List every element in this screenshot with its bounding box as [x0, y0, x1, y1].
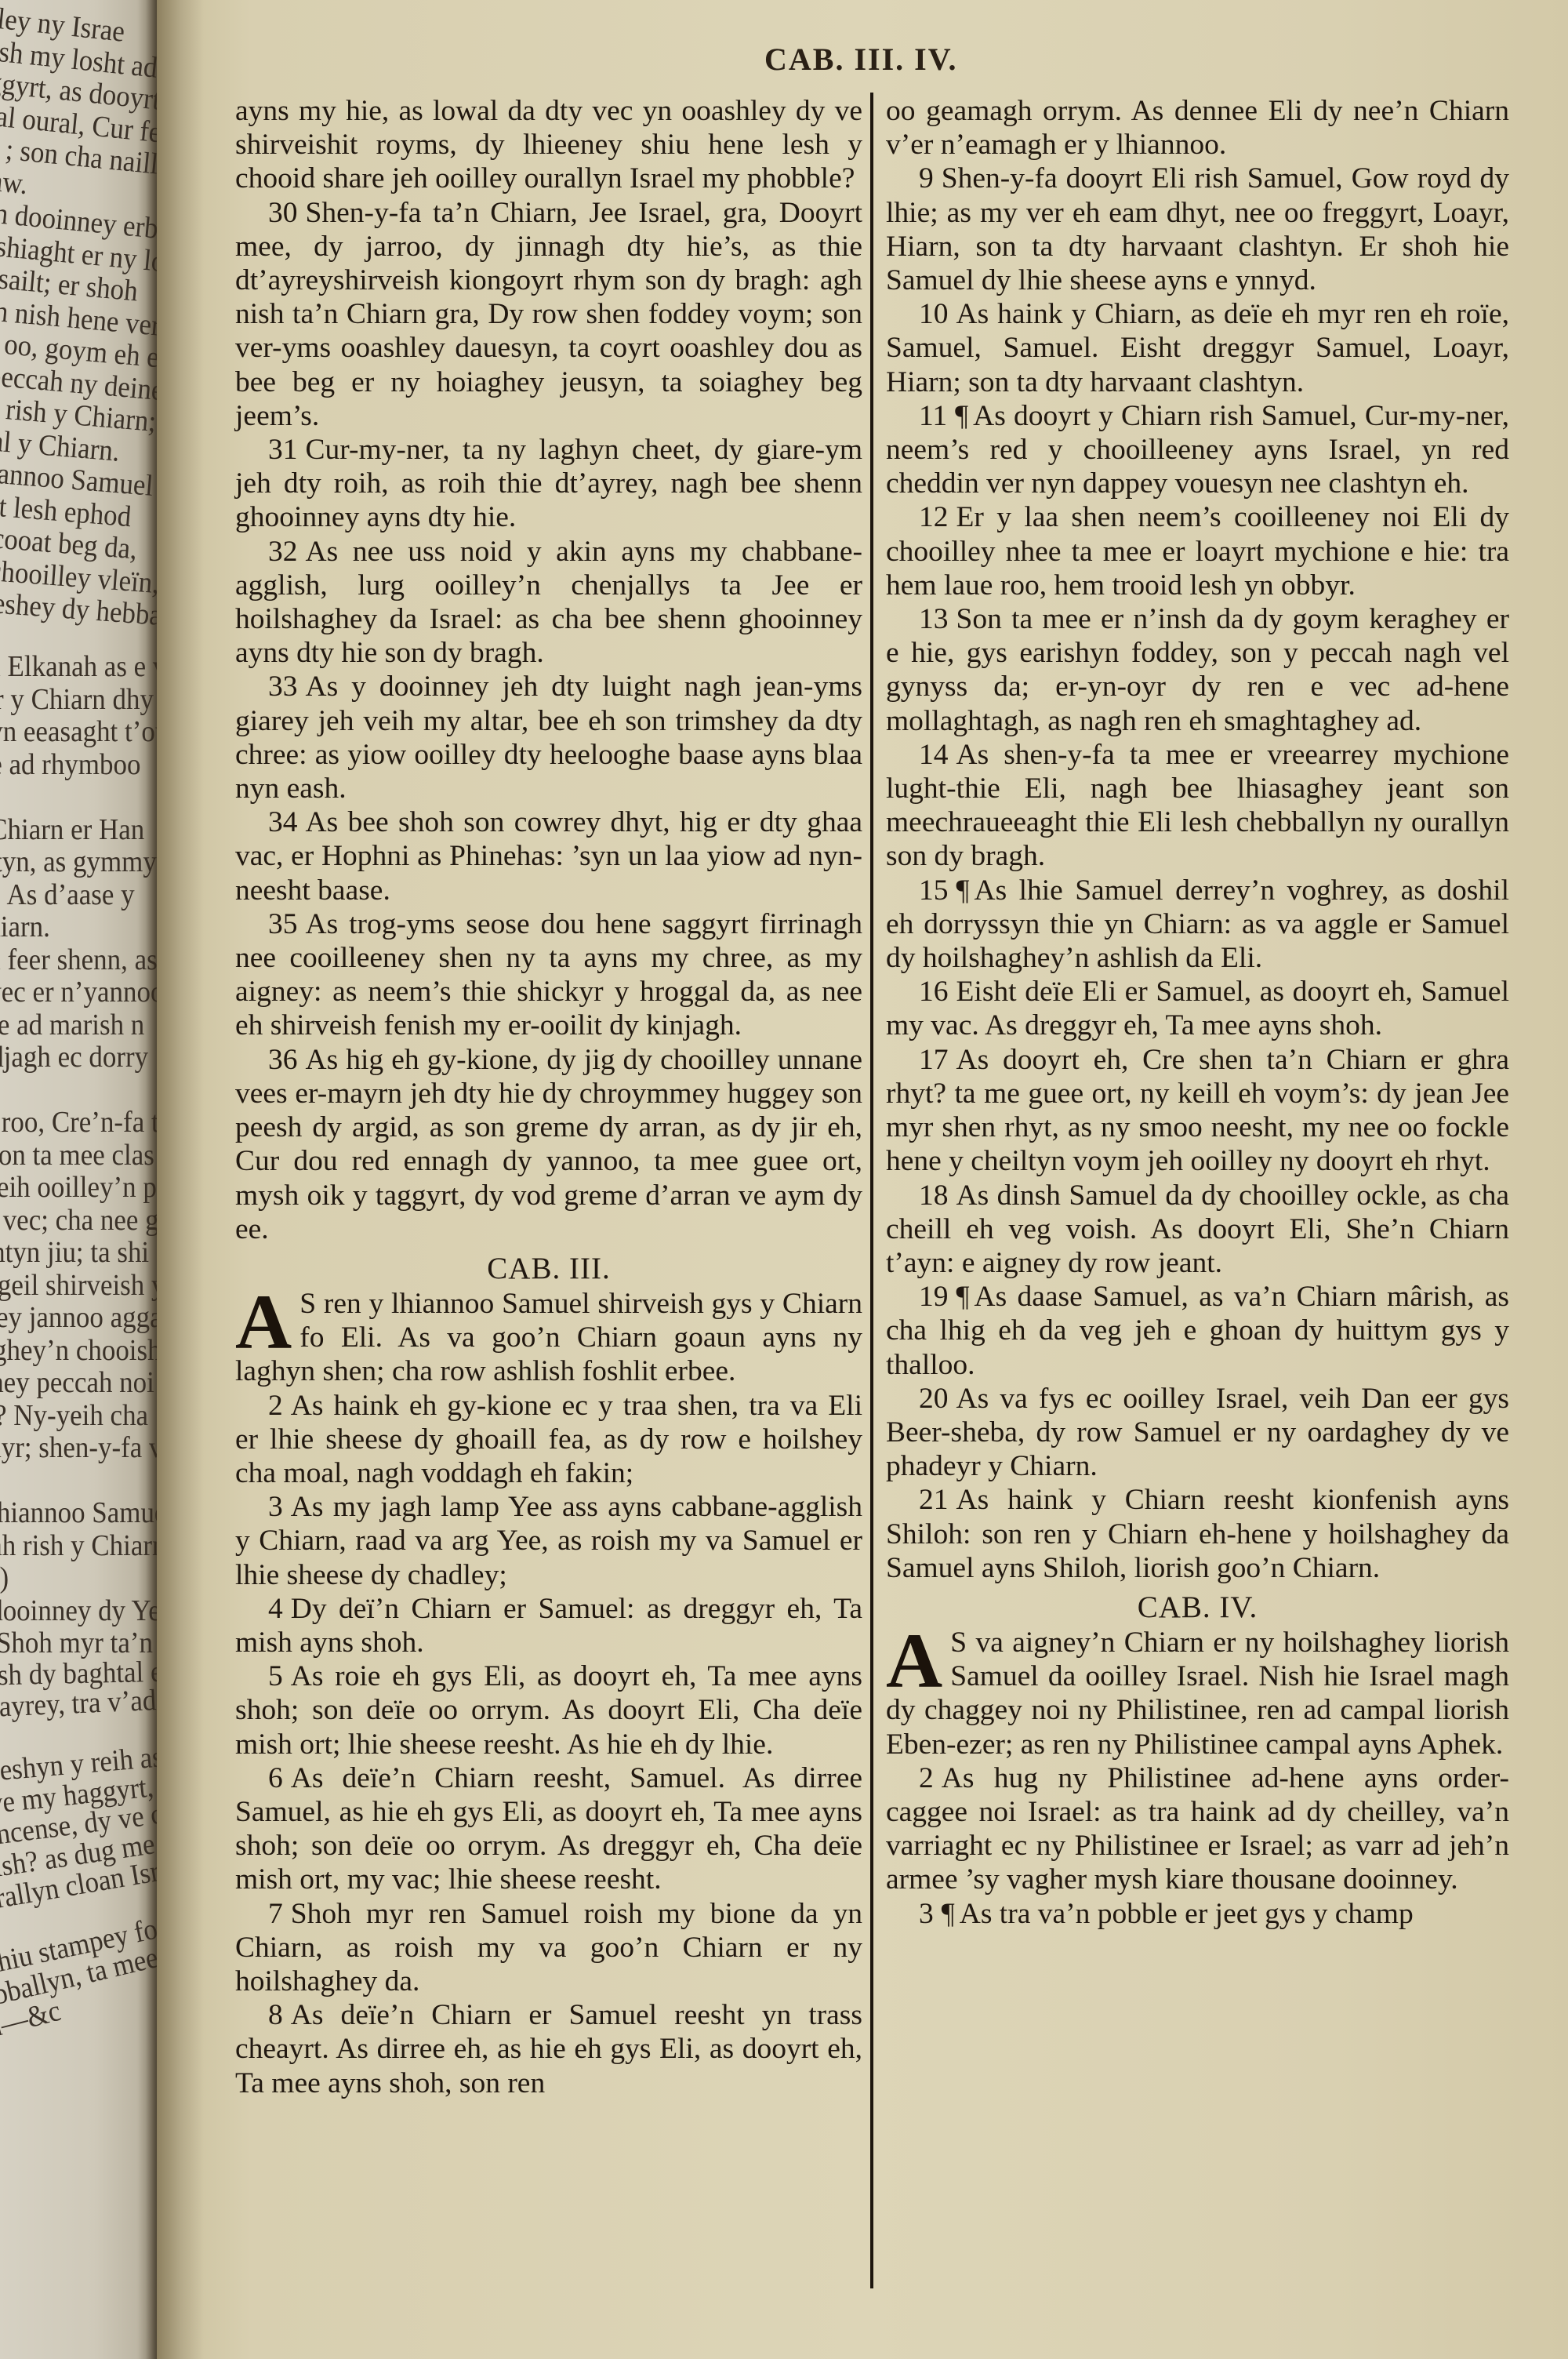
verse: 30Shen-y-fa ta’n Chiarn, Jee Israel, gra… [235, 196, 862, 433]
facing-page-line [0, 1074, 142, 1107]
verse: 16Eisht deïe Eli er Samuel, as dooyrt eh… [886, 975, 1509, 1042]
facing-page-curl: oilley ny Israeroish my losht adtaggyrt,… [0, 0, 157, 2359]
verse-text: As my jagh lamp Yee ass ayns cabbane-agg… [235, 1491, 862, 1590]
verse-text: As va fys ec ooilley Israel, veih Dan ee… [886, 1383, 1509, 1482]
verse-text: As lhie Samuel derrey’n voghrey, as dosh… [886, 874, 1509, 974]
verse-number: 8 [268, 1999, 283, 2031]
verse-text: Eisht deïe Eli er Samuel, as dooyrt eh, … [886, 976, 1509, 1041]
verse-text: As dinsh Samuel da dy chooilley ockle, a… [886, 1179, 1509, 1279]
column-divider [870, 93, 873, 2288]
verse-text: As deïe’n Chiarn reesht, Samuel. As dirr… [235, 1762, 862, 1896]
facing-page-line: inney peccah noi’n [0, 1367, 142, 1400]
verse: 33As y dooinney jeh dty luight nagh jean… [235, 670, 862, 805]
verse-number: 3 [919, 1898, 934, 1930]
verse-text: ayns my hie, as lowal da dty vec yn ooas… [235, 95, 862, 194]
verse-text: As nee uss noid y akin ayns my chabbane-… [235, 536, 862, 670]
verse-number: 30 [268, 197, 298, 229]
facing-page-line: l veih ooilley’n pob [0, 1172, 142, 1205]
facing-page-line: eh roo, Cre’n-fa ta [0, 1107, 142, 1140]
verse-text: As haink y Chiarn reesht kionfenish ayns… [886, 1484, 1509, 1583]
facing-page-line: en. As d’aase y [0, 879, 142, 912]
facing-page-line: n ayr; shen-y-fa va’n [0, 1432, 142, 1465]
gutter-shadow [157, 0, 204, 2359]
verse: 12Er y laa shen neem’s cooilleeney noi E… [886, 500, 1509, 602]
verse-number: 2 [919, 1762, 934, 1794]
verse-number: 12 [919, 501, 949, 533]
facing-page-line: mah rish y Chiarn, [0, 1530, 142, 1563]
verse: 21As haink y Chiarn reesht kionfenish ay… [886, 1483, 1509, 1585]
right-column: oo geamagh orrym. As dennee Eli dy nee’n… [886, 94, 1509, 1931]
verse-continuation: ayns my hie, as lowal da dty vec yn ooas… [235, 94, 862, 196]
verse-number: 17 [919, 1044, 949, 1076]
verse-text: As dooyrt eh, Cre shen ta’n Chiarn er gh… [886, 1044, 1509, 1178]
verse-number: 35 [268, 908, 298, 940]
verse-number: 32 [268, 536, 298, 568]
verse-text: As bee shoh son cowrey dhyt, hig er dty … [235, 806, 862, 906]
verse-text: Dy deï’n Chiarn er Samuel: as dreggyr eh… [235, 1593, 862, 1659]
verse: 10As haink y Chiarn, as deïe eh myr ren … [886, 297, 1509, 399]
facing-page-line: nney jannoo aggair [0, 1302, 142, 1335]
verse-text: Son ta mee er n’insh da dy goym keraghey… [886, 603, 1509, 737]
verse-text: As dooyrt y Chiarn rish Samuel, Cur-my-n… [886, 400, 1509, 500]
verse: 8As deïe’n Chiarn er Samuel reesht yn tr… [235, 1998, 862, 2100]
verse: 11¶As dooyrt y Chiarn rish Samuel, Cur-m… [886, 399, 1509, 501]
verse: 3¶As tra va’n pobble er jeet gys y champ [886, 1897, 1509, 1931]
verse-number: 36 [268, 1044, 298, 1076]
verse: 15¶As lhie Samuel derrey’n voghrey, as d… [886, 874, 1509, 976]
verse-text: As haink y Chiarn, as deïe eh myr ren eh… [886, 298, 1509, 398]
facing-page-line: ashtyn jiu; ta shi [0, 1237, 142, 1270]
verse: 19¶As daase Samuel, as va’n Chiarn mâris… [886, 1280, 1509, 1382]
verse-text: As roie eh gys Eli, as dooyrt eh, Ta mee… [235, 1660, 862, 1760]
verse: 14As shen-y-fa ta mee er vreearrey mychi… [886, 738, 1509, 874]
verse: 2As hug ny Philistinee ad-hene ayns orde… [886, 1761, 1509, 1897]
facing-page-line [0, 781, 142, 814]
verse-text: As hug ny Philistinee ad-hene ayns order… [886, 1762, 1509, 1896]
page-edge-shadow [146, 0, 157, 2359]
verse-text: As hig eh gy-kione, dy jig dy chooilley … [235, 1044, 862, 1245]
facing-page-line: k dooinney dy Yee [0, 1595, 142, 1628]
verse: 5As roie eh gys Eli, as dooyrt eh, Ta me… [235, 1659, 862, 1761]
verse-number: 6 [268, 1762, 283, 1794]
verse-number: 14 [919, 739, 949, 771]
verse-number: 19 [919, 1281, 949, 1313]
facing-page-line: Eli Elkanah as e ve [0, 651, 142, 684]
verse-number: 10 [919, 298, 949, 330]
verse-number: 4 [268, 1593, 283, 1625]
facing-page-line: n yn eeasaght t’ou [0, 716, 142, 749]
facing-page-line: e vec er n’yannoo [0, 976, 142, 1009]
verse: 4Dy deï’n Chiarn er Samuel: as dreggyr e… [235, 1592, 862, 1659]
facing-page-line: ad? Ny-yeih cha [0, 1400, 142, 1433]
verse-text: Shen-y-fa ta’n Chiarn, Jee Israel, gra, … [235, 197, 862, 432]
verse-number: 31 [268, 434, 298, 466]
verse-text: As deïe’n Chiarn er Samuel reesht yn tra… [235, 1999, 862, 2099]
verse-text: As tra va’n pobble er jeet gys y champ [960, 1898, 1414, 1930]
chapter-heading: CAB. IV. [886, 1590, 1509, 1626]
drop-cap: A [235, 1290, 292, 1354]
verse: 32As nee uss noid y akin ayns my chabban… [235, 535, 862, 671]
verse-number: 20 [919, 1383, 949, 1415]
pilcrow-icon: ¶ [942, 1898, 955, 1930]
facing-page-line: Eli feer shenn, as d [0, 944, 142, 977]
verse: 18As dinsh Samuel da dy chooilley ockle,… [886, 1179, 1509, 1281]
verse-text: Cur-my-ner, ta ny laghyn cheet, dy giare… [235, 434, 862, 533]
verse-number: 16 [919, 976, 949, 1008]
pilcrow-icon: ¶ [956, 1281, 970, 1313]
pilcrow-icon: ¶ [956, 874, 970, 907]
chapter-opening-verse: AS va aigney’n Chiarn er ny hoilshaghey … [886, 1626, 1509, 1761]
verse-text: S ren y lhiannoo Samuel shirveish gys y … [235, 1288, 862, 1387]
verse-number: 5 [268, 1660, 283, 1692]
drop-cap: A [886, 1629, 942, 1693]
facing-page-line: entyn, as gymmyrk [0, 846, 142, 879]
verse-number: 33 [268, 671, 298, 703]
verse-number: 15 [919, 874, 949, 907]
verse-number: 34 [268, 806, 298, 838]
verse: 20As va fys ec ooilley Israel, veih Dan … [886, 1382, 1509, 1484]
verse-continuation: oo geamagh orrym. As dennee Eli dy nee’n… [886, 94, 1509, 162]
facing-page-line: oidjagh ec dorry [0, 1041, 142, 1074]
verse-number: 7 [268, 1898, 283, 1930]
verse: 31Cur-my-ner, ta ny laghyn cheet, dy gia… [235, 433, 862, 535]
verse-text: As haink eh gy-kione ec y traa shen, tra… [235, 1390, 862, 1489]
facing-page-line: y Chiarn er Han [0, 814, 142, 847]
facing-page-line: lhie ad marish n [0, 1009, 142, 1042]
facing-page-line: eaghey’n chooish ec [0, 1335, 142, 1368]
verse-number: 18 [919, 1179, 949, 1212]
facing-page-line: ny vec; cha nee goo [0, 1205, 142, 1238]
verse-text: S va aigney’n Chiarn er ny hoilshaghey l… [886, 1627, 1509, 1761]
running-head: CAB. III. IV. [764, 41, 1023, 78]
facing-page-line: reigeil shirveish y C [0, 1270, 142, 1303]
facing-page-line [0, 1465, 142, 1498]
chapter-opening-verse: AS ren y lhiannoo Samuel shirveish gys y… [235, 1287, 862, 1389]
verse-text: Er y laa shen neem’s cooilleeney noi Eli… [886, 501, 1509, 601]
pilcrow-icon: ¶ [955, 400, 968, 432]
verse-number: 21 [919, 1484, 949, 1516]
verse: 9Shen-y-fa dooyrt Eli rish Samuel, Gow r… [886, 162, 1509, 297]
facing-page-line: h, Shoh myr ta’n C [0, 1627, 142, 1660]
verse-number: 2 [268, 1390, 283, 1422]
facing-page-line: ? son ta mee clas [0, 1140, 142, 1172]
facing-page-line: hie ad rhymboo [0, 749, 142, 782]
chapter-heading: CAB. III. [235, 1251, 862, 1287]
verse: 35As trog-yms seose dou hene saggyrt fir… [235, 907, 862, 1043]
verse-text: As y dooinney jeh dty luight nagh jean-y… [235, 671, 862, 805]
verse-text: As trog-yms seose dou hene saggyrt firri… [235, 908, 862, 1042]
verse: 3As my jagh lamp Yee ass ayns cabbane-ag… [235, 1490, 862, 1592]
facing-page-text: oilley ny Israeroish my losht adtaggyrt,… [0, 0, 157, 2051]
verse-text: oo geamagh orrym. As dennee Eli dy nee’n… [886, 95, 1509, 161]
verse-text: As daase Samuel, as va’n Chiarn mârish, … [886, 1281, 1509, 1380]
facing-page-line: der y Chiarn dhy [0, 684, 142, 717]
verse: 7Shoh myr ren Samuel roish my bione da y… [235, 1897, 862, 1999]
verse: 13Son ta mee er n’insh da dy goym keragh… [886, 602, 1509, 738]
verse: 2As haink eh gy-kione ec y traa shen, tr… [235, 1389, 862, 1491]
verse-number: 11 [919, 400, 947, 432]
verse: 6As deïe’n Chiarn reesht, Samuel. As dir… [235, 1761, 862, 1897]
facing-page-line: Chiarn. [0, 911, 142, 944]
verse: 34As bee shoh son cowrey dhyt, hig er dt… [235, 805, 862, 907]
verse: 17As dooyrt eh, Cre shen ta’n Chiarn er … [886, 1043, 1509, 1179]
verse-text: Shen-y-fa dooyrt Eli rish Samuel, Gow ro… [886, 162, 1509, 296]
facing-page-line: y lhiannoo Samuel [0, 1497, 142, 1530]
verse-text: Shoh myr ren Samuel roish my bione da yn… [235, 1898, 862, 1997]
verse-number: 3 [268, 1491, 283, 1523]
verse-number: 9 [919, 162, 934, 194]
verse: 36As hig eh gy-kione, dy jig dy chooille… [235, 1043, 862, 1246]
verse-text: As shen-y-fa ta mee er vreearrey mychion… [886, 739, 1509, 873]
facing-page-line: ey.) [0, 1562, 142, 1595]
verse-number: 13 [919, 603, 949, 635]
left-column: ayns my hie, as lowal da dty vec yn ooas… [235, 94, 862, 2100]
